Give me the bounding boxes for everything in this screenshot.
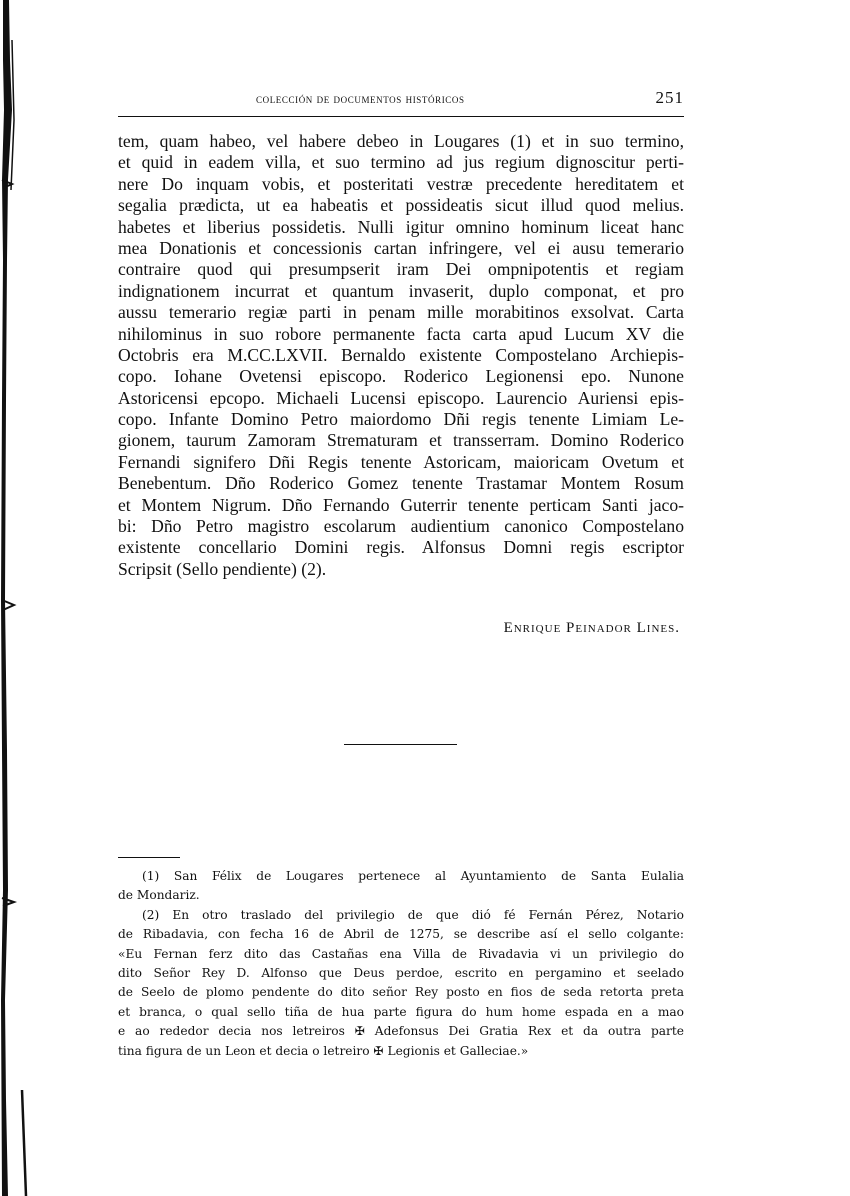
footnotes: (1) San Félix de Lougares pertenece al A… — [118, 867, 684, 1061]
footnote-rule — [118, 857, 180, 858]
footnote-line: de Seelo de plomo pendente do dito señor… — [118, 983, 684, 1002]
body-line: tem, quam habeo, vel habere debeo in Lou… — [118, 131, 684, 152]
body-line: gionem, taurum Zamoram Strematuram et tr… — [118, 430, 684, 451]
body-line: aussu temerario regiæ parti in penam mil… — [118, 302, 684, 323]
footnote-line: dito Señor Rey D. Alfonso que Deus perdo… — [118, 964, 684, 983]
document-page: Colección de Documentos Históricos 251 t… — [0, 0, 850, 1196]
body-line: Octobris era M.CC.LXVII. Bernaldo existe… — [118, 345, 684, 366]
footnote-line: et branca, o qual sello tiña de hua part… — [118, 1003, 684, 1022]
body-line: indignationem incurrat et quantum invase… — [118, 281, 684, 302]
body-line: nihilominus in suo robore permanente fac… — [118, 324, 684, 345]
footnote-line: (2) En otro traslado del privilegio de q… — [118, 906, 684, 925]
body-line: bi: Dño Petro magistro escolarum audient… — [118, 516, 684, 537]
body-line: segalia prædicta, ut ea habeatis et poss… — [118, 195, 684, 216]
header-rule — [118, 116, 684, 117]
body-line: Benebentum. Dño Roderico Gomez tenente T… — [118, 473, 684, 494]
body-line: habetes et liberius possidetis. Nulli ig… — [118, 217, 684, 238]
running-title: Colección de Documentos Históricos — [256, 92, 465, 107]
footnote-line: tina figura de un Leon et decia o letrei… — [118, 1042, 684, 1061]
author-signature: Enrique Peinador Lines. — [504, 620, 680, 637]
page-number: 251 — [656, 88, 685, 108]
body-line: nere Do inquam vobis, et posteritati ves… — [118, 174, 684, 195]
body-line: existente concellario Domini regis. Alfo… — [118, 537, 684, 558]
body-line: copo. Infante Domino Petro maiordomo Dñi… — [118, 409, 684, 430]
page-binding-edge — [0, 0, 40, 1196]
section-divider — [344, 744, 457, 745]
body-line: contraire quod qui presumpserit iram Dei… — [118, 259, 684, 280]
body-text: tem, quam habeo, vel habere debeo in Lou… — [118, 131, 684, 580]
footnote-line: «Eu Fernan ferz dito das Castañas ena Vi… — [118, 945, 684, 964]
body-line: Fernandi signifero Dñi Regis tenente Ast… — [118, 452, 684, 473]
body-line: Astoricensi epcopo. Michaeli Lucensi epi… — [118, 388, 684, 409]
footnote-line: (1) San Félix de Lougares pertenece al A… — [118, 867, 684, 886]
footnote-line: e ao rededor decia nos letreiros ✠ Adefo… — [118, 1022, 684, 1041]
footnote-line: de Ribadavia, con fecha 16 de Abril de 1… — [118, 925, 684, 944]
footnote-line: de Mondariz. — [118, 886, 684, 905]
body-line: et quid in eadem villa, et suo termino a… — [118, 152, 684, 173]
body-line: mea Donationis et concessionis cartan in… — [118, 238, 684, 259]
body-line: copo. Iohane Ovetensi episcopo. Roderico… — [118, 366, 684, 387]
body-line: et Montem Nigrum. Dño Fernando Guterrir … — [118, 495, 684, 516]
running-header: Colección de Documentos Históricos 251 — [118, 88, 684, 114]
body-line: Scripsit (Sello pendiente) (2). — [118, 559, 684, 580]
